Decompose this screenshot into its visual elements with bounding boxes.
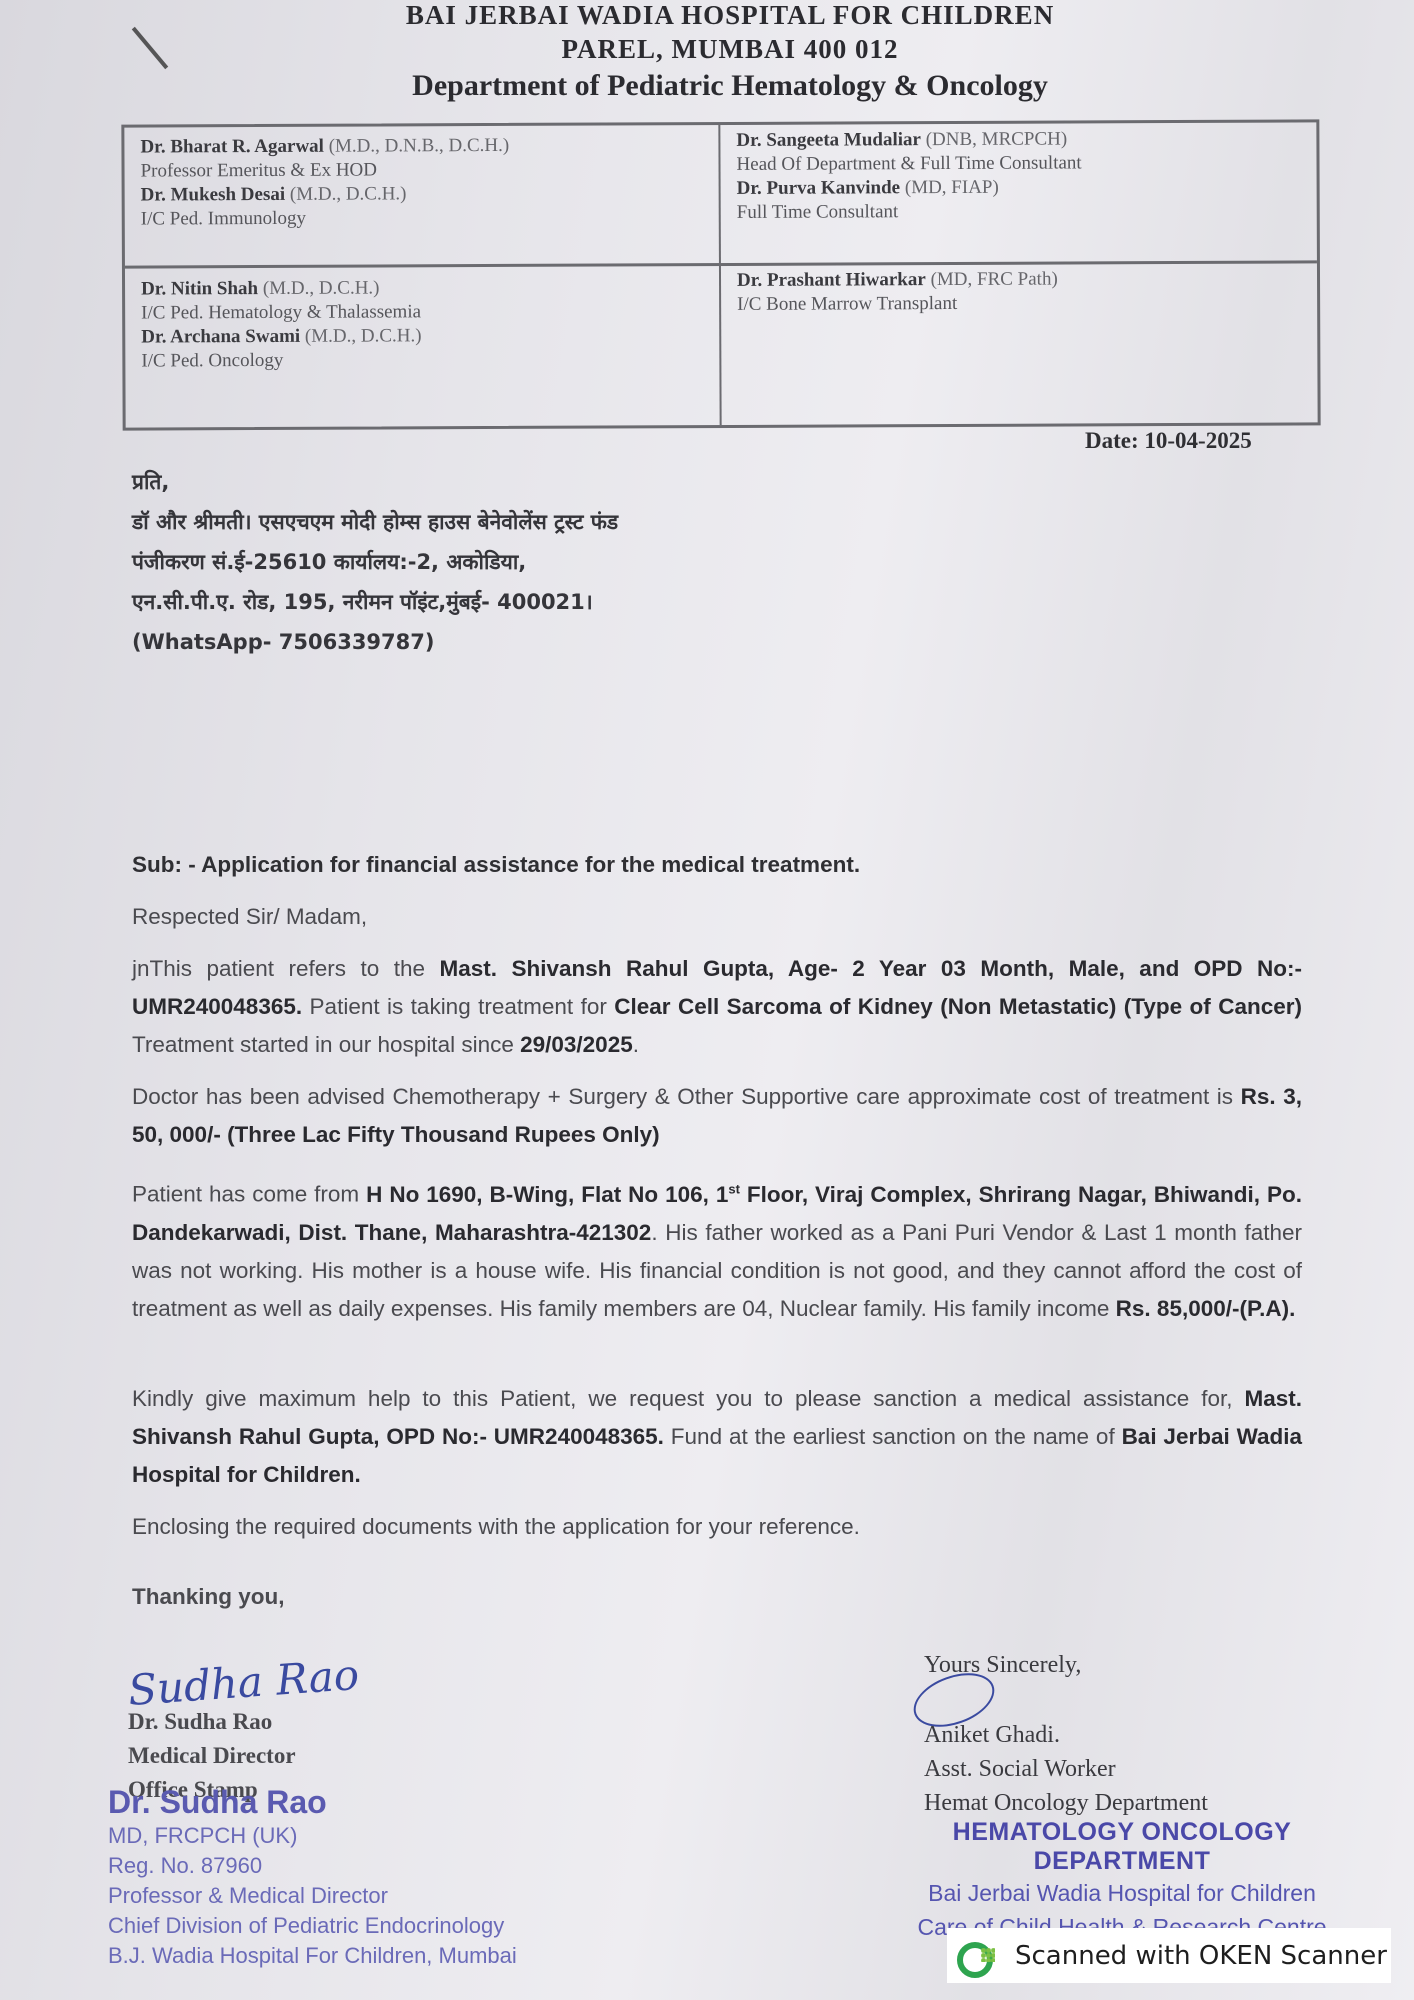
recipient-line: प्रति, (132, 462, 618, 502)
scanner-text: Scanned with OKEN Scanner (1015, 1941, 1387, 1971)
signatory-title: Asst. Social Worker (924, 1752, 1208, 1786)
doctor-degree: (M.D., D.C.H.) (263, 277, 380, 299)
doctor-role: I/C Ped. Oncology (141, 348, 421, 373)
subject-line: Sub: - Application for financial assista… (132, 846, 1302, 884)
scanner-watermark: Scanned with OKEN Scanner (947, 1928, 1391, 1983)
text-run: jnThis patient refers to the (132, 956, 439, 981)
stamp-head: HEMATOLOGY ONCOLOGY DEPARTMENT (906, 1818, 1338, 1876)
letter-date: Date: 10-04-2025 (1085, 428, 1252, 454)
staff-table: Dr. Bharat R. Agarwal (M.D., D.N.B., D.C… (121, 119, 1320, 430)
doctor-degree: (DNB, MRCPCH) (926, 128, 1068, 150)
staff-cell: Dr. Bharat R. Agarwal (M.D., D.N.B., D.C… (140, 134, 509, 232)
staff-cell: Dr. Nitin Shah (M.D., D.C.H.) I/C Ped. H… (141, 276, 422, 373)
signatory-title: Medical Director (128, 1739, 359, 1773)
recipient-line: (WhatsApp- 7506339787) (132, 622, 618, 662)
doctor-name: Dr. Mukesh Desai (141, 184, 286, 206)
doctor-role: Professor Emeritus & Ex HOD (140, 158, 509, 184)
department-name: Department of Pediatric Hematology & Onc… (300, 68, 1160, 104)
patient-address: H No 1690, B-Wing, Flat No 106, 1 (366, 1182, 728, 1207)
doctor-degree: (MD, FIAP) (905, 177, 999, 198)
signatory-right: Yours Sincerely, Aniket Ghadi. Asst. Soc… (924, 1648, 1208, 1820)
doctor-degree: (M.D., D.C.H.) (305, 325, 422, 347)
stamp-department: HEMATOLOGY ONCOLOGY DEPARTMENT Bai Jerba… (906, 1818, 1338, 1944)
doctor-role: I/C Ped. Hematology & Thalassemia (141, 300, 421, 325)
doctor-name: Dr. Prashant Hiwarkar (737, 269, 926, 291)
stamp-medical-director: Dr. Sudha Rao MD, FRCPCH (UK) Reg. No. 8… (108, 1784, 517, 1971)
staff-cell: Dr. Prashant Hiwarkar (MD, FRC Path) I/C… (737, 268, 1058, 317)
pen-mark (132, 27, 168, 69)
text-run: Patient is taking treatment for (302, 994, 614, 1019)
recipient-line: डॉ और श्रीमती। एसएचएम मोदी होम्स हाउस बे… (132, 502, 618, 542)
doctor-name: Dr. Sangeeta Mudaliar (736, 129, 921, 151)
hospital-address: PAREL, MUMBAI 400 012 (300, 30, 1160, 68)
recipient-address: प्रति, डॉ और श्रीमती। एसएचएम मोदी होम्स … (132, 462, 618, 662)
salutation: Respected Sir/ Madam, (132, 898, 1302, 936)
stamp-division: Chief Division of Pediatric Endocrinolog… (108, 1911, 517, 1941)
doctor-role: I/C Bone Marrow Transplant (737, 292, 1058, 317)
stamp-hospital: B.J. Wadia Hospital For Children, Mumbai (108, 1941, 517, 1971)
recipient-line: एन.सी.पी.ए. रोड, 195, नरीमन पॉइंट,मुंबई-… (132, 582, 618, 622)
stamp-hospital: Bai Jerbai Wadia Hospital for Children (906, 1876, 1338, 1910)
paragraph-request: Kindly give maximum help to this Patient… (132, 1380, 1302, 1494)
doctor-degree: (M.D., D.C.H.) (290, 183, 407, 205)
doctor-role: Head Of Department & Full Time Consultan… (736, 151, 1081, 177)
oken-scanner-logo-icon (955, 1936, 995, 1976)
doctor-name: Dr. Archana Swami (141, 326, 300, 348)
closing-thanks: Thanking you, (132, 1578, 1302, 1616)
doctor-degree: (M.D., D.N.B., D.C.H.) (329, 135, 510, 157)
text-run: Doctor has been advised Chemotherapy + S… (132, 1084, 1241, 1109)
text-run: Treatment started in our hospital since (132, 1032, 520, 1057)
hospital-name: BAI JERBAI WADIA HOSPITAL FOR CHILDREN (300, 0, 1160, 30)
recipient-line: पंजीकरण सं.ई-25610 कार्यालय:-2, अकोडिया, (132, 542, 618, 582)
staff-cell: Dr. Sangeeta Mudaliar (DNB, MRCPCH) Head… (736, 127, 1082, 225)
diagnosis: Clear Cell Sarcoma of Kidney (Non Metast… (614, 994, 1302, 1019)
stamp-name: Dr. Sudha Rao (108, 1784, 517, 1821)
ordinal-suffix: st (728, 1181, 740, 1196)
handwritten-signature: Sudha Rao (127, 1650, 361, 1715)
family-income: Rs. 85,000/-(P.A). (1116, 1296, 1296, 1321)
text-run: Fund at the earliest sanction on the nam… (664, 1424, 1122, 1449)
signatory-department: Hemat Oncology Department (924, 1786, 1208, 1820)
stamp-qualification: MD, FRCPCH (UK) (108, 1821, 517, 1851)
paragraph-patient-details: jnThis patient refers to the Mast. Shiva… (132, 950, 1302, 1064)
doctor-degree: (MD, FRC Path) (931, 269, 1058, 291)
paragraph-background: Patient has come from H No 1690, B-Wing,… (132, 1170, 1302, 1328)
table-divider-vertical (718, 125, 721, 425)
stamp-reg-no: Reg. No. 87960 (108, 1851, 517, 1881)
signatory-name: Aniket Ghadi. (924, 1718, 1208, 1752)
text-run: Kindly give maximum help to this Patient… (132, 1386, 1244, 1411)
doctor-name: Dr. Bharat R. Agarwal (140, 136, 324, 158)
doctor-name: Dr. Nitin Shah (141, 278, 258, 300)
paragraph-cost: Doctor has been advised Chemotherapy + S… (132, 1078, 1302, 1154)
paragraph-enclosure: Enclosing the required documents with th… (132, 1508, 1302, 1546)
doctor-role: Full Time Consultant (737, 199, 1082, 225)
closing-sincerely: Yours Sincerely, (924, 1648, 1208, 1682)
doctor-role: I/C Ped. Immunology (141, 206, 510, 232)
treatment-start-date: 29/03/2025 (520, 1032, 633, 1057)
stamp-role: Professor & Medical Director (108, 1881, 517, 1911)
doctor-name: Dr. Purva Kanvinde (737, 177, 901, 199)
letterhead: BAI JERBAI WADIA HOSPITAL FOR CHILDREN P… (300, 0, 1160, 104)
text-run: . (633, 1032, 639, 1057)
text-run: Patient has come from (132, 1182, 366, 1207)
